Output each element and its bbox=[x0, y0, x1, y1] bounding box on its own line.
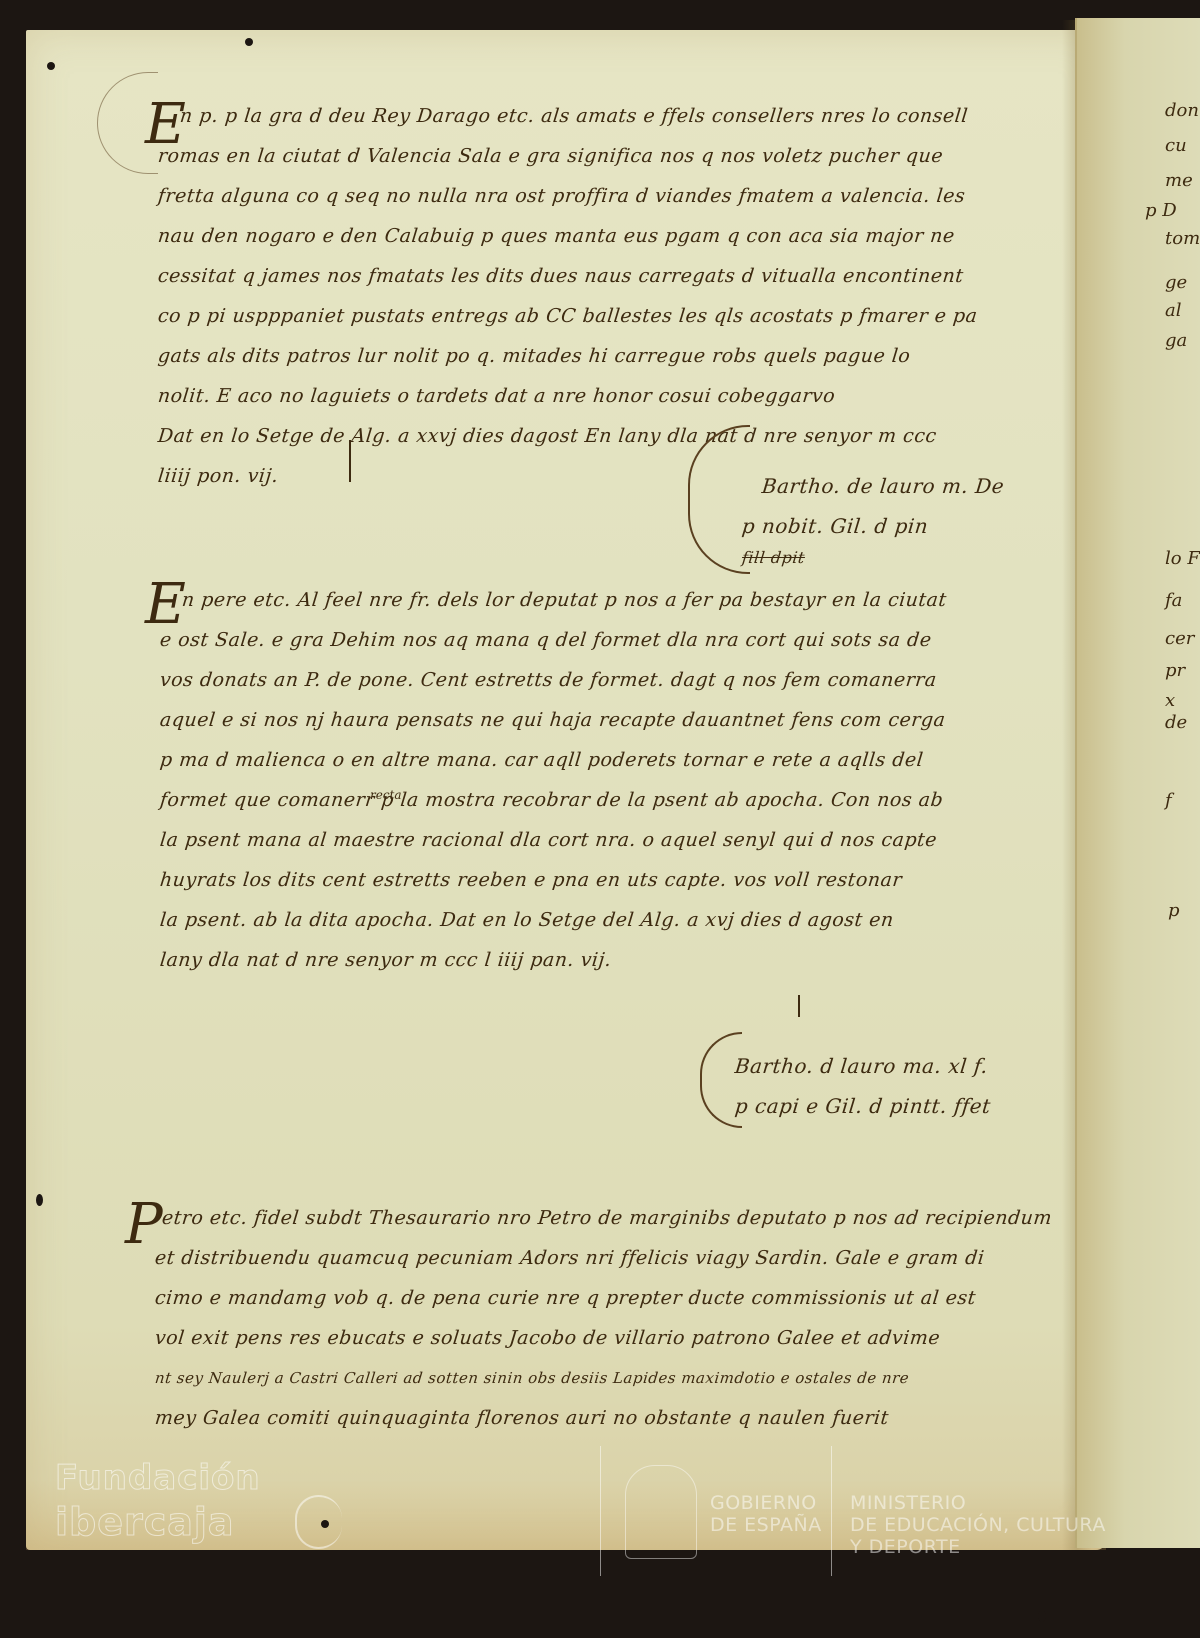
watermark-line: GOBIERNO bbox=[710, 1492, 822, 1514]
text-line: vol exit pens res ebucats e soluats Jaco… bbox=[153, 1318, 987, 1358]
text-line: et distribuendu quamcuq pecuniam Adors n… bbox=[153, 1238, 987, 1278]
margin-fragment: tom bbox=[1165, 228, 1200, 249]
text-line: n pere etc. Al feel nre fr. dels lor dep… bbox=[180, 580, 949, 620]
text-line: gats als dits patros lur nolit po q. mit… bbox=[156, 336, 980, 376]
ministerio-watermark: MINISTERIO DE EDUCACIÓN, CULTURA Y DEPOR… bbox=[850, 1492, 1106, 1558]
gobierno-watermark: GOBIERNO DE ESPAÑA bbox=[710, 1492, 822, 1536]
margin-fragment: al bbox=[1165, 300, 1182, 321]
binding-hole bbox=[47, 62, 55, 70]
margin-fragment: don bbox=[1165, 100, 1199, 121]
fundacion-ibercaja-watermark: ibercaja bbox=[55, 1500, 235, 1544]
signature-line: p nobit. Gil. d pin bbox=[740, 506, 986, 546]
text-line: vos donats an P. de pone. Cent estretts … bbox=[158, 660, 948, 700]
text-line: la psent. ab la dita apocha. Dat en lo S… bbox=[158, 900, 948, 940]
binding-hole bbox=[245, 38, 253, 46]
text-line: cessitat q james nos fmatats les dits du… bbox=[156, 256, 980, 296]
text-line: p ma d malienca o en altre mana. car aql… bbox=[158, 740, 948, 780]
signature-line: fill dpit bbox=[741, 546, 986, 570]
entry2-signature: Bartho. d lauro ma. xl f. p capi e Gil. … bbox=[735, 1046, 991, 1126]
margin-fragment: ge bbox=[1165, 272, 1187, 293]
text-line: nt sey Naulerj a Castri Calleri ad sotte… bbox=[153, 1358, 987, 1398]
margin-fragment: x bbox=[1165, 690, 1175, 711]
margin-fragment: de bbox=[1165, 712, 1187, 733]
text-line: Dat en lo Setge de Alg. a xxvj dies dago… bbox=[156, 416, 980, 456]
text-line: formet que comanerr p la mostra recobrar… bbox=[158, 780, 948, 820]
entry1-text-body: romas en la ciutat d Valencia Sala e gra… bbox=[158, 136, 978, 496]
margin-fragment: fa bbox=[1165, 590, 1182, 611]
text-line: co p pi uspppaniet pustats entregs ab CC… bbox=[156, 296, 980, 336]
text-line: n p. p la gra d deu Rey Darago etc. als … bbox=[178, 96, 970, 136]
text-line: lany dla nat d nre senyor m ccc l iiij p… bbox=[158, 940, 948, 980]
entry2-text: n pere etc. Al feel nre fr. dels lor dep… bbox=[182, 580, 947, 620]
entry2-text-body: e ost Sale. e gra Dehim nos aq mana q de… bbox=[160, 620, 946, 980]
text-line: romas en la ciutat d Valencia Sala e gra… bbox=[156, 136, 980, 176]
margin-fragment: me bbox=[1165, 170, 1193, 191]
watermark-line: DE EDUCACIÓN, CULTURA bbox=[850, 1514, 1106, 1536]
text-line: nau den nogaro e den Calabuig p ques man… bbox=[156, 216, 980, 256]
watermark-line: Y DEPORTE bbox=[850, 1536, 1106, 1558]
text-line: nolit. E aco no laguiets o tardets dat a… bbox=[156, 376, 980, 416]
entry3-text: etro etc. fidel subdt Thesaurario nro Pe… bbox=[162, 1198, 1052, 1238]
text-line: fretta alguna co q seq no nulla nra ost … bbox=[156, 176, 980, 216]
entry3-text-body: et distribuendu quamcuq pecuniam Adors n… bbox=[155, 1238, 985, 1438]
signature-line: Bartho. d lauro ma. xl f. bbox=[733, 1046, 993, 1086]
margin-fragment: lo F bbox=[1165, 548, 1200, 569]
pen-stroke bbox=[798, 995, 800, 1017]
text-line: mey Galea comiti quinquaginta florenos a… bbox=[153, 1398, 987, 1438]
margin-fragment: p bbox=[1168, 900, 1180, 921]
margin-fragment: f bbox=[1165, 790, 1172, 811]
watermark-divider bbox=[831, 1446, 832, 1576]
ibercaja-logo-icon bbox=[295, 1495, 342, 1549]
margin-fragment: ga bbox=[1165, 330, 1187, 351]
text-line: la psent mana al maestre racional dla co… bbox=[158, 820, 948, 860]
text-line: huyrats los dits cent estretts reeben e … bbox=[158, 860, 948, 900]
fundacion-ibercaja-watermark: Fundación bbox=[55, 1458, 261, 1498]
text-line: e ost Sale. e gra Dehim nos aq mana q de… bbox=[158, 620, 948, 660]
margin-fragment: cu bbox=[1165, 135, 1187, 156]
watermark-line: MINISTERIO bbox=[850, 1492, 1106, 1514]
watermark-line: DE ESPAÑA bbox=[710, 1514, 822, 1536]
watermark-divider bbox=[600, 1446, 601, 1576]
margin-fragment: p D bbox=[1145, 200, 1177, 221]
signature-line: Bartho. de lauro m. De bbox=[760, 466, 1006, 506]
text-line: aquel e si nos nj haura pensats ne qui h… bbox=[158, 700, 948, 740]
pen-stroke bbox=[349, 440, 351, 482]
spanish-coat-of-arms-icon bbox=[625, 1465, 697, 1559]
text-line: etro etc. fidel subdt Thesaurario nro Pe… bbox=[160, 1198, 1054, 1238]
interlinear-note: recta bbox=[370, 788, 402, 802]
text-line: cimo e mandamg vob q. de pena curie nre … bbox=[153, 1278, 987, 1318]
entry1-text: n p. p la gra d deu Rey Darago etc. als … bbox=[180, 96, 968, 136]
margin-fragment: pr bbox=[1165, 660, 1185, 681]
entry1-signature: Bartho. de lauro m. De p nobit. Gil. d p… bbox=[762, 466, 1004, 570]
binding-hole bbox=[36, 1194, 43, 1206]
binding-hole bbox=[1038, 1610, 1046, 1622]
signature-line: p capi e Gil. d pintt. ffet bbox=[733, 1086, 993, 1126]
margin-fragment: cer bbox=[1165, 628, 1194, 649]
